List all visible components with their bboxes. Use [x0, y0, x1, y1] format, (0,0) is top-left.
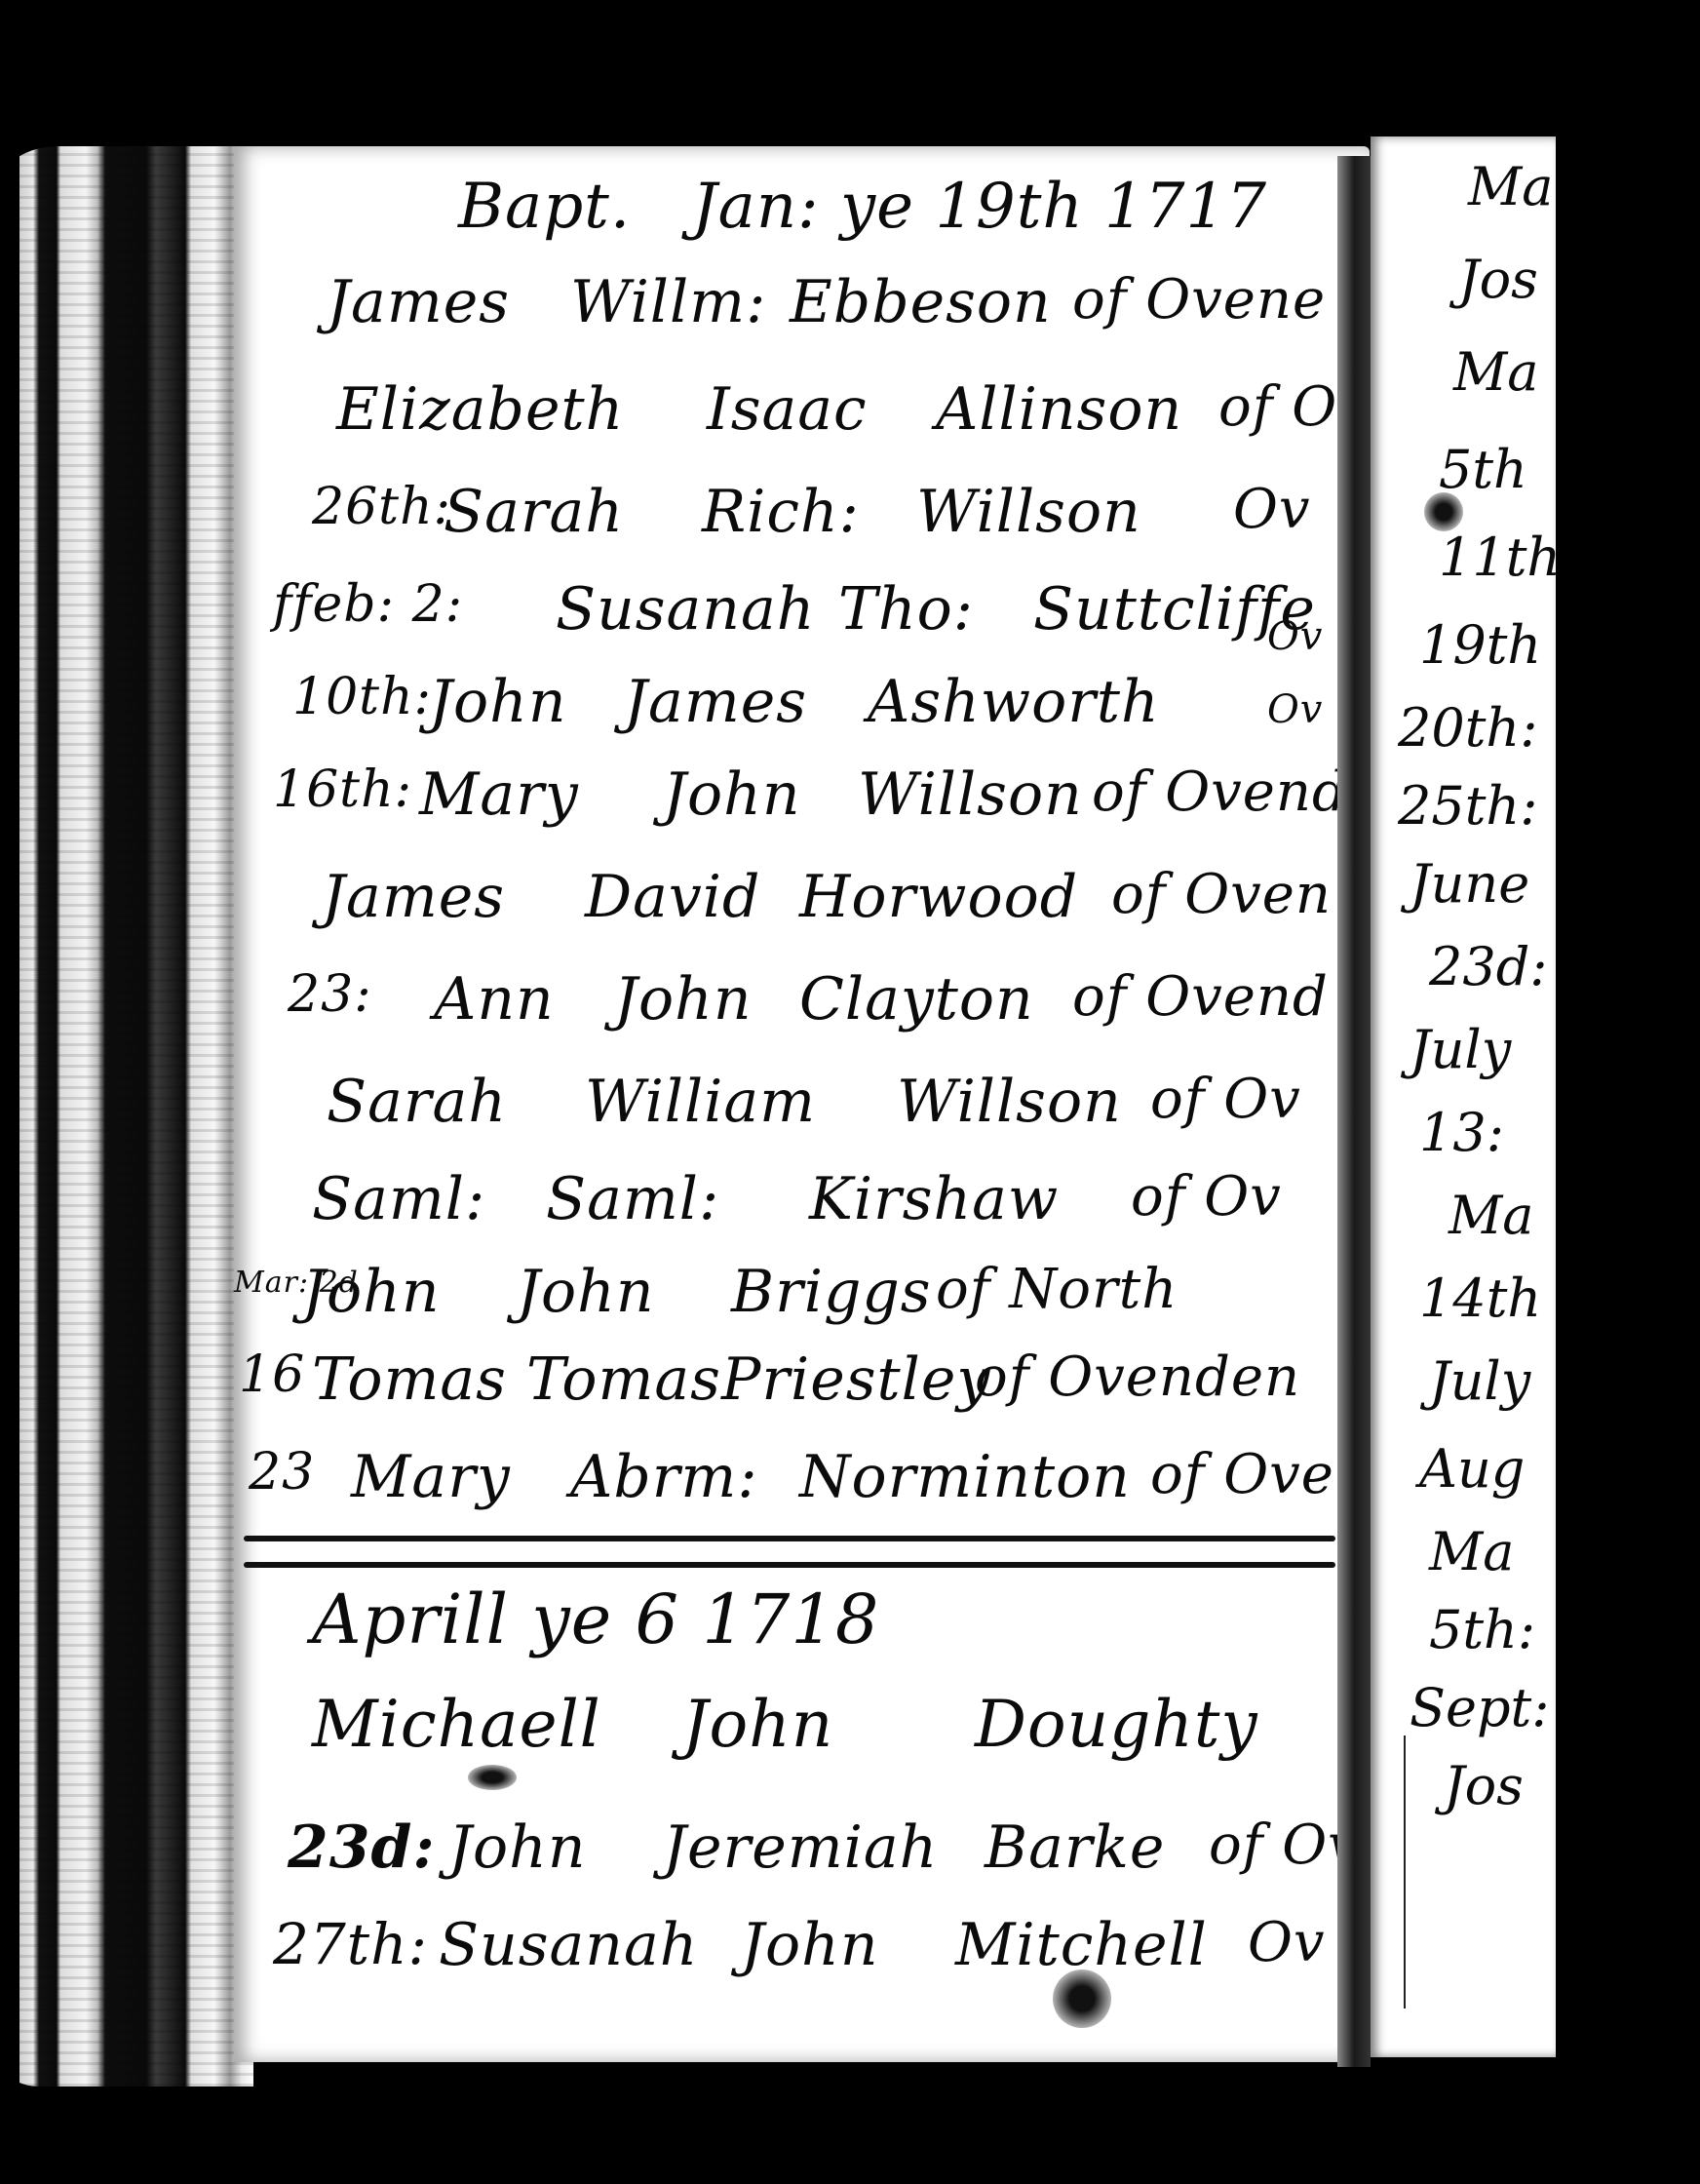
entry-date: ffeb: 2:	[273, 575, 463, 634]
entry-child: John	[302, 1258, 440, 1326]
entry-father: Tomas	[526, 1345, 721, 1414]
right-line: 25th:	[1398, 775, 1537, 837]
entry-abode: Ov	[1233, 478, 1311, 541]
right-line: 13:	[1419, 1102, 1504, 1163]
register-page-left: Bapt. Jan: ye 19th 1717 James Willm: Ebb…	[234, 146, 1370, 2062]
entry-date: 26th:	[312, 478, 451, 536]
entry-father: James	[624, 668, 807, 736]
heading-label: Bapt.	[458, 171, 631, 243]
entry-father: John	[663, 760, 800, 829]
right-line: Jos	[1458, 249, 1538, 310]
right-line: July	[1429, 1350, 1530, 1412]
margin-rule	[1404, 1735, 1406, 2008]
section-divider-top	[244, 1536, 1335, 1541]
right-line: Sept:	[1410, 1677, 1549, 1738]
right-line: 5th:	[1429, 1599, 1535, 1660]
entry-child: Elizabeth	[336, 375, 624, 444]
section-divider-bottom	[244, 1562, 1335, 1568]
ink-blot	[468, 1765, 517, 1790]
entry-child: Tomas	[312, 1345, 507, 1414]
entry-father: Tho:	[838, 575, 974, 643]
entry-father: John	[614, 965, 752, 1033]
right-line: Ma	[1468, 156, 1554, 217]
right-line: Jos	[1444, 1755, 1524, 1816]
entry-surname: Priestley	[721, 1345, 990, 1414]
book-edge	[0, 146, 253, 2086]
ink-blot	[1053, 1969, 1111, 2028]
entry-abode: of Ovend	[1092, 760, 1348, 824]
entry-surname: Barke	[985, 1813, 1165, 1882]
section2-heading: Aprill ye 6 1718	[312, 1579, 879, 1659]
entry-father: John	[741, 1911, 878, 1979]
entry-father: David	[585, 863, 760, 931]
entry-child: Sarah	[327, 1068, 507, 1136]
right-line: 20th:	[1398, 697, 1537, 759]
entry-date: 16	[239, 1345, 305, 1404]
entry-surname: Kirshaw	[809, 1165, 1059, 1233]
entry-abode: of Ov	[1150, 1068, 1301, 1131]
entry-child: James	[322, 863, 505, 931]
entry-date: 27th:	[273, 1911, 428, 1977]
entry-abode: of North	[936, 1258, 1178, 1321]
entry-abode: of Ov	[1131, 1165, 1282, 1228]
entry-abode: Ov	[1248, 1911, 1326, 1974]
entry-child: Michaell	[312, 1687, 601, 1762]
entry-abode: of Oven	[1111, 863, 1332, 926]
entry-father: William	[585, 1068, 816, 1136]
right-line: 19th	[1419, 614, 1541, 676]
entry-abode: Ov	[1267, 687, 1323, 732]
entry-father: Abrm:	[570, 1443, 758, 1511]
entry-abode: of Ovend	[1072, 965, 1329, 1029]
right-line: Ma	[1449, 1185, 1534, 1246]
right-line: July	[1410, 1019, 1511, 1080]
entry-father: Isaac	[707, 375, 868, 444]
right-line: 11th:	[1439, 526, 1556, 588]
right-line: Ma	[1453, 341, 1539, 403]
entry-surname: Norminton	[799, 1443, 1131, 1511]
entry-surname: Allinson	[936, 375, 1182, 444]
entry-child: Ann	[434, 965, 555, 1033]
entry-father: John	[517, 1258, 654, 1326]
entry-surname: Willson	[916, 478, 1141, 546]
entry-surname: Clayton	[799, 965, 1034, 1033]
entry-child: Sarah	[444, 478, 624, 546]
entry-date: 16th:	[273, 760, 412, 819]
right-line: 23d:	[1429, 936, 1547, 997]
entry-date: 23:	[288, 965, 372, 1024]
entry-date: 23	[249, 1443, 315, 1501]
entry-child: Mary	[419, 760, 579, 829]
entry-child: John	[429, 668, 566, 736]
right-line: Ma	[1429, 1521, 1515, 1582]
entry-child: John	[448, 1813, 586, 1882]
entry-child: Saml:	[312, 1165, 485, 1233]
entry-date: 23d:	[288, 1813, 436, 1882]
entry-date: 10th:	[292, 668, 432, 726]
entry-surname: Willson	[897, 1068, 1122, 1136]
entry-child: James	[327, 268, 510, 336]
entry-surname: Briggs	[731, 1258, 932, 1326]
right-line: 14th	[1419, 1267, 1541, 1329]
entry-abode: of Ovene	[1072, 268, 1326, 331]
entry-surname: Ebbeson	[790, 268, 1052, 336]
entry-surname: Ashworth	[868, 668, 1160, 736]
entry-father: Willm:	[570, 268, 766, 336]
page-gutter	[1337, 156, 1371, 2067]
entry-father: Rich:	[702, 478, 860, 546]
entry-father: Jeremiah	[663, 1813, 938, 1882]
right-line: June	[1410, 853, 1529, 915]
entry-father: John	[682, 1687, 833, 1762]
entry-surname: Willson	[858, 760, 1083, 829]
register-page-right-fragment: Ma Jos Ma 5th 11th: 19th 20th: 25th: Jun…	[1371, 136, 1556, 2057]
entry-surname: Doughty	[975, 1687, 1258, 1762]
entry-abode: Ov	[1267, 614, 1323, 659]
ink-blot	[1424, 492, 1463, 531]
entry-surname: Horwood	[799, 863, 1078, 931]
right-line: 5th	[1439, 439, 1527, 500]
entry-abode: of Ovenden	[975, 1345, 1300, 1409]
heading-date: Jan: ye 19th 1717	[692, 171, 1267, 243]
entry-father: Saml:	[546, 1165, 719, 1233]
right-line: Aug	[1419, 1438, 1525, 1500]
entry-child: Susanah	[439, 1911, 698, 1979]
entry-child: Mary	[351, 1443, 511, 1511]
entry-child: Susanah	[556, 575, 815, 643]
